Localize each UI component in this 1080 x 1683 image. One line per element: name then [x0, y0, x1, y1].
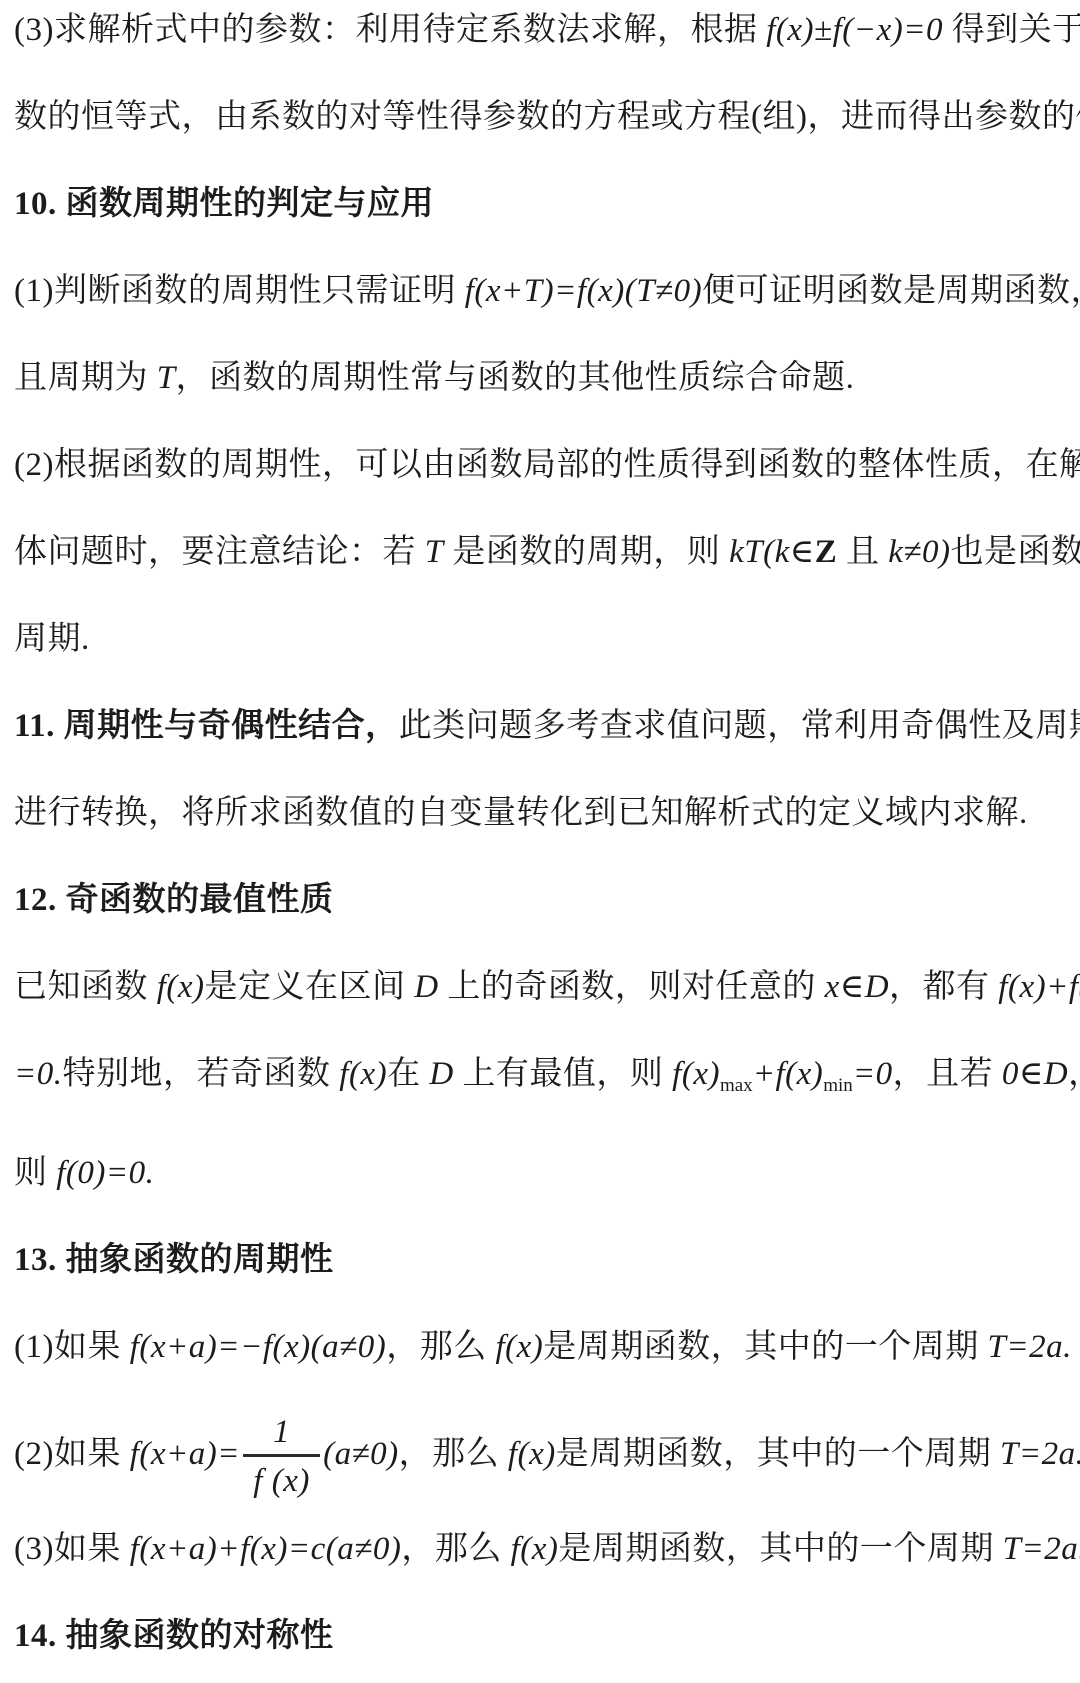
text-line: 进行转换，将所求函数值的自变量转化到已知解析式的定义域内求解.: [14, 791, 1068, 835]
math-text: f(x+a)=−f(x)(a≠0): [130, 1329, 386, 1365]
text-line: 且周期为 T，函数的周期性常与函数的其他性质综合命题.: [14, 356, 1068, 400]
text-run: 是函数的周期，则: [444, 534, 730, 570]
bold-text-run: 10. 函数周期性的判定与应用: [14, 186, 434, 222]
section-heading: 14. 抽象函数的对称性: [14, 1614, 1068, 1658]
text-run: (2)如果: [14, 1436, 130, 1472]
text-run: ，: [1068, 1056, 1080, 1092]
text-run: 此类问题多考查求值问题，常利用奇偶性及周期性: [399, 708, 1080, 744]
text-run: 上的奇函数，则对任意的: [439, 969, 825, 1005]
math-text: T=2a.: [988, 1329, 1072, 1365]
text-run: 体问题时，要注意结论：若: [14, 534, 425, 570]
text-line: (2)根据函数的周期性，可以由函数局部的性质得到函数的整体性质，在解决具: [14, 443, 1068, 487]
text-run: ，那么: [401, 1531, 510, 1567]
text-run: (3)如果: [14, 1531, 130, 1567]
text-run: 数的恒等式，由系数的对等性得参数的方程或方程(组)，进而得出参数的值.: [14, 99, 1080, 135]
text-run: 且: [837, 534, 888, 570]
math-text: +f(x): [753, 1056, 824, 1092]
math-text: f(0)=0.: [56, 1155, 154, 1191]
text-line: 体问题时，要注意结论：若 T 是函数的周期，则 kT(k∈Z 且 k≠0)也是函…: [14, 530, 1068, 574]
math-text: 0∈D: [1002, 1056, 1068, 1092]
text-run: ，都有: [889, 969, 998, 1005]
text-run: 在: [387, 1056, 429, 1092]
bold-text-run: 11. 周期性与奇偶性结合，: [14, 708, 399, 744]
math-text: Z: [815, 534, 838, 570]
math-text: f(x+T)=f(x)(T≠0): [465, 273, 702, 309]
math-text: f(x)+f(−x): [998, 969, 1080, 1005]
text-line: =0.特别地，若奇函数 f(x)在 D 上有最值，则 f(x)max+f(x)m…: [14, 1052, 1068, 1108]
text-line: (3)如果 f(x+a)+f(x)=c(a≠0)，那么 f(x)是周期函数，其中…: [14, 1527, 1068, 1571]
math-text: (a≠0): [323, 1436, 399, 1472]
text-run: 得到关于参: [943, 12, 1080, 48]
math-text: f(x)±f(−x)=0: [766, 12, 943, 48]
math-text: f(x): [508, 1436, 556, 1472]
text-run: (1)如果: [14, 1329, 130, 1365]
bold-text-run: 14. 抽象函数的对称性: [14, 1618, 334, 1654]
text-line: (3)求解析式中的参数：利用待定系数法求解，根据 f(x)±f(−x)=0 得到…: [14, 8, 1068, 52]
section-heading: 13. 抽象函数的周期性: [14, 1238, 1068, 1282]
fraction: 1f (x): [243, 1412, 320, 1501]
math-text: f(x+a)=: [130, 1436, 240, 1472]
text-run: (1)判断函数的周期性只需证明: [14, 273, 465, 309]
text-line: (1)如果 f(x+a)=−f(x)(a≠0)，那么 f(x)是周期函数，其中的…: [14, 1325, 1068, 1369]
text-run: ，那么: [386, 1329, 495, 1365]
text-run: 便可证明函数是周期函数，: [702, 273, 1080, 309]
text-run: 则: [14, 1155, 56, 1191]
fraction-numerator: 1: [243, 1412, 320, 1457]
fraction-denominator: f (x): [253, 1457, 310, 1501]
text-line: 11. 周期性与奇偶性结合，此类问题多考查求值问题，常利用奇偶性及周期性: [14, 704, 1068, 748]
text-run: 是周期函数，其中的一个周期: [558, 1531, 1002, 1567]
math-text: T: [157, 360, 176, 396]
math-text: D: [429, 1056, 453, 1092]
math-text: =0: [853, 1056, 893, 1092]
text-run: 上有最值，则: [454, 1056, 673, 1092]
document-page: (3)求解析式中的参数：利用待定系数法求解，根据 f(x)±f(−x)=0 得到…: [0, 0, 1080, 1658]
math-text: f(x): [339, 1056, 387, 1092]
math-text: f(x+a)+f(x)=c(a≠0): [130, 1531, 402, 1567]
math-text: x∈D: [825, 969, 889, 1005]
text-run: 进行转换，将所求函数值的自变量转化到已知解析式的定义域内求解.: [14, 795, 1028, 831]
text-line: 数的恒等式，由系数的对等性得参数的方程或方程(组)，进而得出参数的值.: [14, 95, 1068, 139]
text-run: 特别地，若奇函数: [63, 1056, 340, 1092]
text-run: ，且若: [893, 1056, 1002, 1092]
math-text: kT(k∈: [729, 534, 815, 570]
text-run: 且周期为: [14, 360, 157, 396]
math-text: f(x): [672, 1056, 720, 1092]
math-text: k≠0): [888, 534, 950, 570]
text-run: (3)求解析式中的参数：利用待定系数法求解，根据: [14, 12, 766, 48]
text-run: 是定义在区间: [205, 969, 415, 1005]
math-text: f(x): [157, 969, 205, 1005]
text-run: 是周期函数，其中的一个周期: [556, 1436, 1000, 1472]
text-run: ，函数的周期性常与函数的其他性质综合命题.: [176, 360, 855, 396]
text-run: 周期.: [14, 621, 90, 657]
section-heading: 12. 奇函数的最值性质: [14, 878, 1068, 922]
text-run: (2)根据函数的周期性，可以由函数局部的性质得到函数的整体性质，在解决具: [14, 447, 1080, 483]
math-text: D: [414, 969, 438, 1005]
bold-text-run: 13. 抽象函数的周期性: [14, 1242, 334, 1278]
math-text: f(x): [495, 1329, 543, 1365]
text-run: 也是函数的: [950, 534, 1080, 570]
text-line: 周期.: [14, 617, 1068, 661]
subscript-text: max: [720, 1075, 753, 1096]
text-run: 已知函数: [14, 969, 157, 1005]
section-heading: 10. 函数周期性的判定与应用: [14, 182, 1068, 226]
math-text: f(x): [511, 1531, 559, 1567]
text-run: ，那么: [399, 1436, 508, 1472]
text-line: 已知函数 f(x)是定义在区间 D 上的奇函数，则对任意的 x∈D，都有 f(x…: [14, 965, 1068, 1009]
bold-text-run: 12. 奇函数的最值性质: [14, 882, 334, 918]
math-text: T=2a.: [1000, 1436, 1080, 1472]
math-text: T=2a.: [1003, 1531, 1080, 1567]
text-line: 则 f(0)=0.: [14, 1151, 1068, 1195]
math-text: =0.: [14, 1056, 63, 1092]
text-line: (1)判断函数的周期性只需证明 f(x+T)=f(x)(T≠0)便可证明函数是周…: [14, 269, 1068, 313]
math-text: T: [425, 534, 444, 570]
text-run: 是周期函数，其中的一个周期: [543, 1329, 987, 1365]
text-line: (2)如果 f(x+a)=1f (x)(a≠0)，那么 f(x)是周期函数，其中…: [14, 1412, 1068, 1501]
subscript-text: min: [823, 1075, 853, 1096]
